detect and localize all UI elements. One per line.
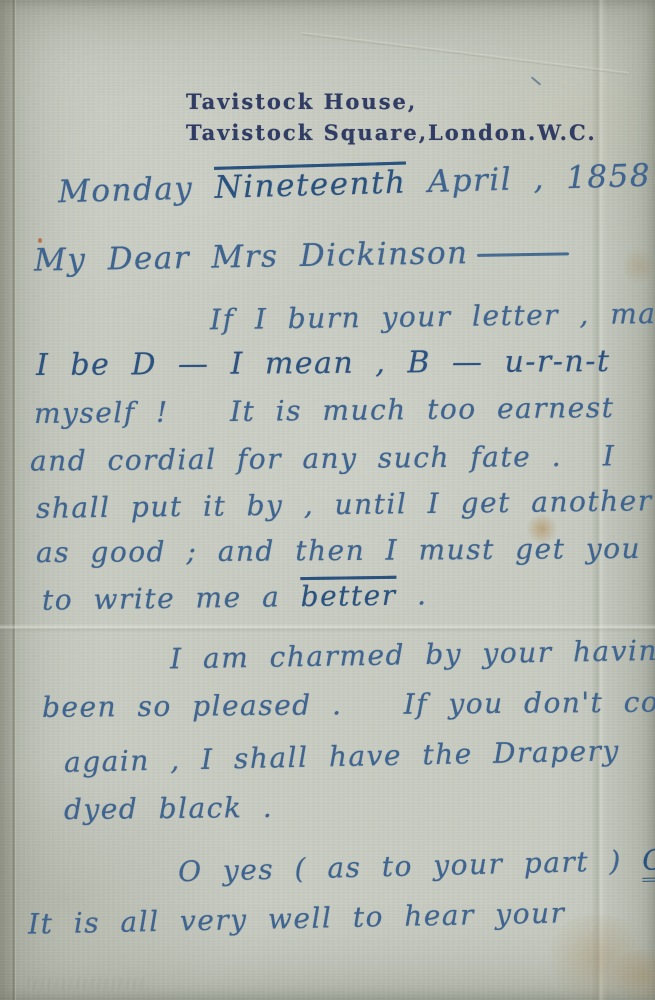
letterhead: Tavistock House, Tavistock Square,London…: [186, 86, 597, 148]
fold-crease-left: [12, 0, 16, 1000]
body-line: again , I shall have the Drapery: [64, 734, 620, 779]
salutation-line: My Dear Mrs Dickinson: [34, 233, 569, 278]
salutation-text: My Dear Mrs Dickinson: [34, 235, 469, 279]
date-pre: Monday: [58, 170, 216, 210]
letterhead-line2: Tavistock Square,London.W.C.: [186, 117, 597, 148]
body-text: to write me a: [42, 580, 301, 617]
pen-fleck: [531, 76, 541, 85]
date-post: April , 1858: [406, 158, 652, 201]
body-line: O yes ( as to your part ) O yes !: [178, 841, 655, 888]
letterhead-line1: Tavistock House,: [186, 86, 597, 117]
body-line: and cordial for any such fate . I: [30, 439, 616, 477]
body-line: to write me a better .: [42, 578, 428, 616]
body-line: been so pleased . If you don't come: [42, 685, 655, 724]
faint-pencil-mark: [28, 978, 148, 990]
body-text: O yes ( as to your part ): [178, 844, 643, 888]
emphasized-word: O yes: [642, 842, 655, 882]
fold-crease-horizontal: [0, 624, 655, 632]
body-line: It is all very well to hear your: [28, 896, 566, 940]
wrinkle-top: [301, 32, 629, 75]
body-line: myself ! It is much too earnest: [34, 391, 615, 430]
body-text: .: [396, 578, 427, 611]
paper-stain: [605, 950, 655, 1000]
date-emphasized-word: Nineteenth: [214, 165, 407, 206]
body-line: dyed black .: [64, 791, 274, 826]
paper-stain: [624, 244, 654, 288]
body-line: as good ; and then I must get you: [36, 532, 641, 569]
body-line: I am charmed by your having: [170, 634, 655, 676]
scanned-letter-page: Tavistock House, Tavistock Square,London…: [0, 0, 655, 1000]
body-line: I be D — I mean , B — u-r-n-t: [36, 344, 611, 383]
pen-flourish: [477, 252, 569, 257]
date-line: Monday Nineteenth April , 1858: [58, 158, 652, 211]
body-line: shall put it by , until I get another: [36, 484, 653, 525]
body-line: If I burn your letter , may: [210, 297, 655, 336]
emphasized-word: better: [300, 579, 396, 613]
